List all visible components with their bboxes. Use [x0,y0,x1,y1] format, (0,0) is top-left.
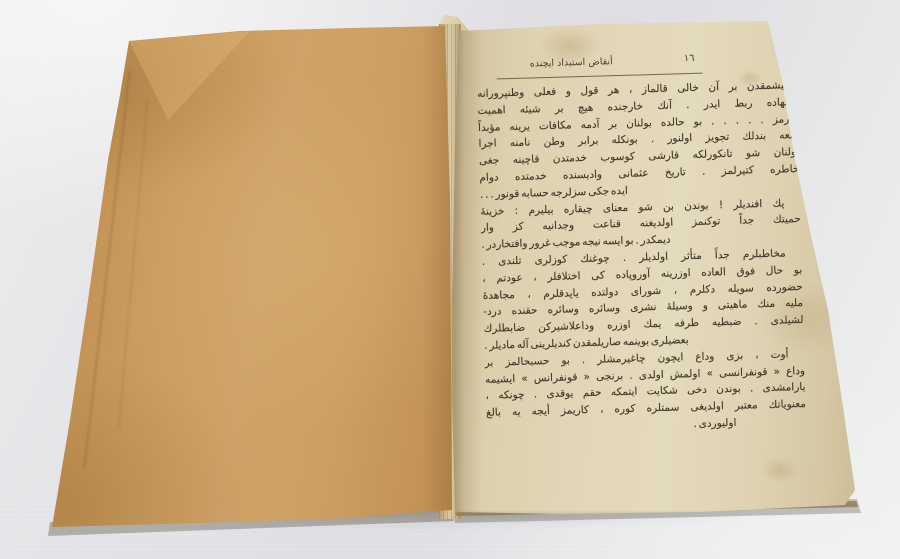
cover-fold [40,20,460,535]
running-header: أنقاض استبداد ايچنده ١٦ [476,45,797,80]
running-header-title: أنقاض استبداد ايچنده [516,56,626,70]
page-body: چاليشمقدن بر آن خالی قالماز ، هر قول و ف… [477,77,807,439]
book-photo: أنقاض استبداد ايچنده ١٦ چاليشمقدن بر آن … [0,0,900,559]
page-number: ١٦ [674,53,704,65]
page-text-block: أنقاض استبداد ايچنده ١٦ چاليشمقدن بر آن … [476,45,807,439]
cover-crease [118,101,149,430]
cover-crease [83,71,130,469]
header-rule [497,73,703,80]
printed-page: أنقاض استبداد ايچنده ١٦ چاليشمقدن بر آن … [450,18,860,520]
blank-cover-page [40,20,460,535]
